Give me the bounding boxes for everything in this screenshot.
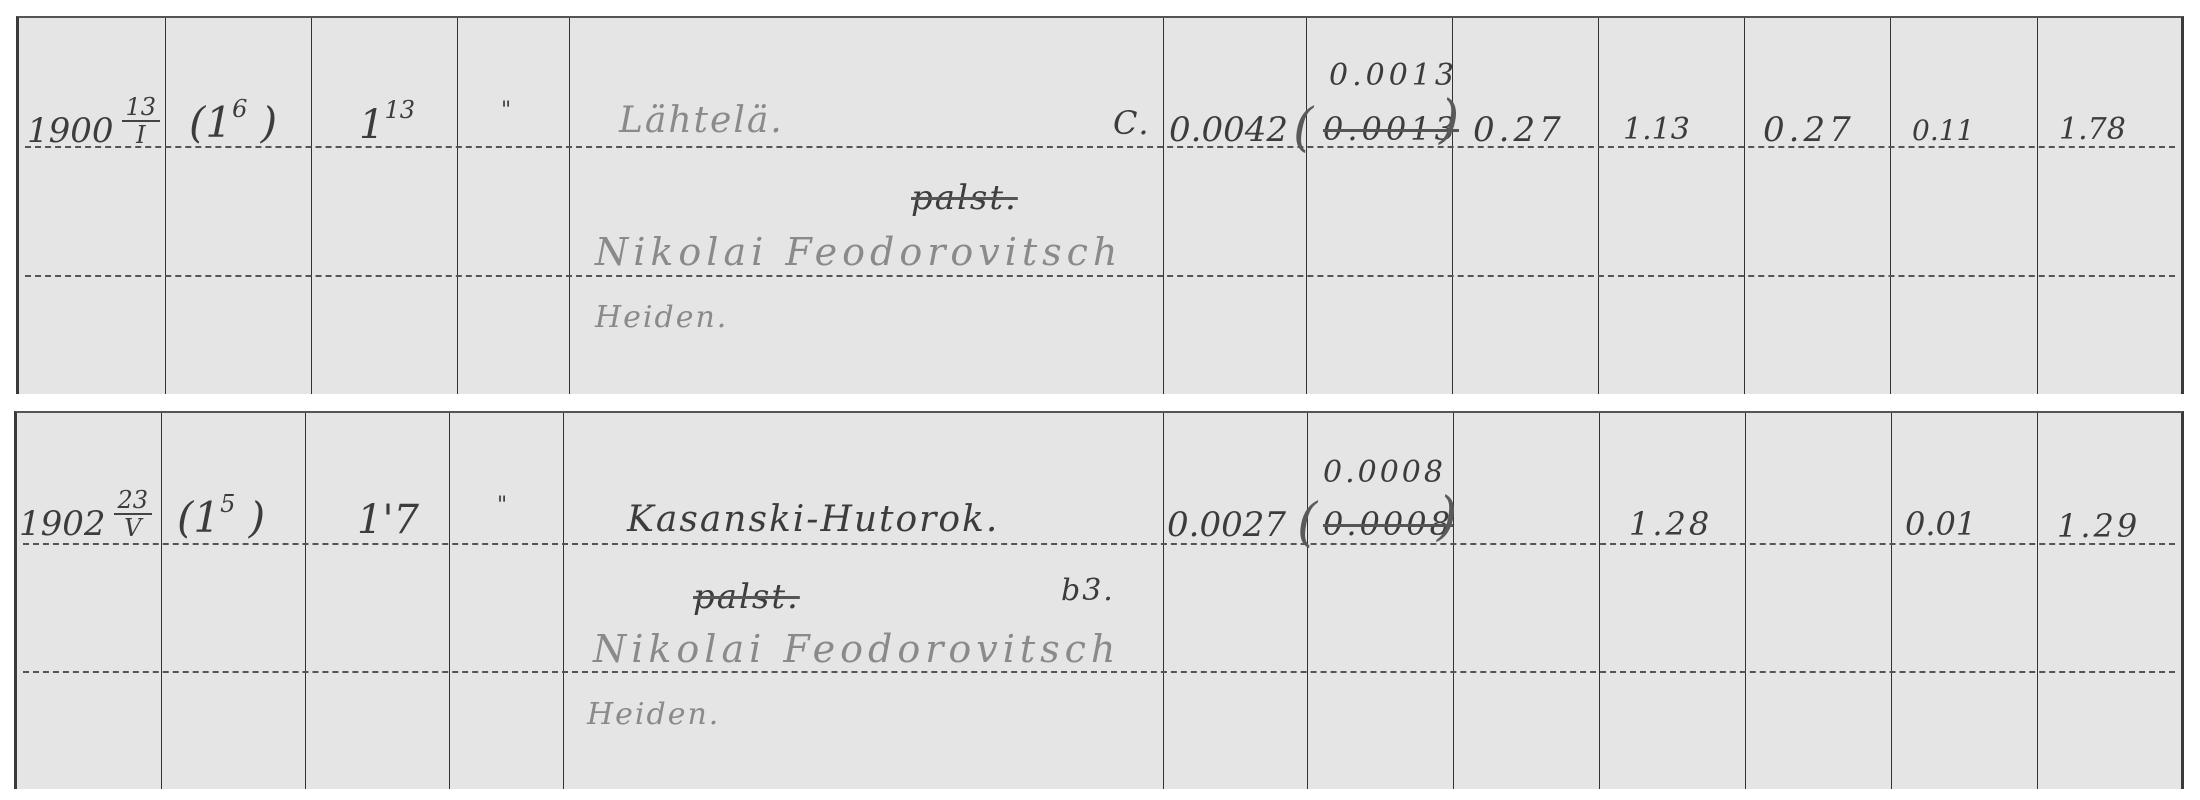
column-rule (1891, 413, 1892, 789)
date-fraction: 23V (114, 487, 153, 541)
column-rule (1598, 18, 1599, 394)
column-rule (2037, 18, 2038, 394)
close-paren: ) (1437, 487, 1457, 547)
owner-name-line1: Nikolai Feodorovitsch (595, 230, 1122, 274)
owner-name-line2: Heiden. (587, 697, 720, 732)
column-rule (1163, 18, 1164, 394)
area-correction-new: 0.0013 (1329, 58, 1458, 93)
column-rule (1890, 18, 1891, 394)
column-rule (1163, 413, 1164, 789)
value-col-4: 0.11 (1912, 114, 1974, 147)
date-day: 23 (114, 487, 153, 515)
date-year: 1900 (27, 111, 114, 151)
value-col-4: 0.01 (1905, 505, 1976, 543)
place-note: C. (1113, 104, 1151, 142)
total-value: 1.29 (2057, 507, 2140, 545)
date-day: 13 (122, 94, 161, 122)
column-rule (457, 18, 458, 394)
parcel-number-paren: (15 ) (177, 493, 265, 542)
owner-name-line1: Nikolai Feodorovitsch (593, 627, 1120, 671)
value-col-3: 0.27 (1763, 110, 1855, 150)
column-rule (161, 413, 162, 789)
column-rule (165, 18, 166, 394)
row-rule (25, 275, 2175, 277)
date-year: 1902 (19, 504, 106, 544)
parcel-number-paren: (16 ) (189, 98, 277, 147)
column-rule (1744, 18, 1745, 394)
column-rule (449, 413, 450, 789)
column-rule (1306, 18, 1307, 394)
column-rule (1307, 413, 1308, 789)
column-rule (569, 18, 570, 394)
area-value: 0.0027 (1167, 505, 1286, 545)
struck-word: palst. (693, 577, 800, 617)
ledger-entry-2: 190223V (15 ) 1'7 " Kasanski-Hutorok. pa… (14, 411, 2184, 789)
place-name: Kasanski-Hutorok. (627, 499, 999, 540)
row-rule (23, 543, 2175, 545)
parcel-number: 1'7 (357, 497, 419, 543)
total-value: 1.78 (2059, 112, 2126, 147)
entry-date: 190013I (27, 106, 160, 160)
ditto-mark: " (501, 98, 511, 123)
ledger-entry-1: 190013I (16 ) 113 " Lähtelä. C. palst. N… (16, 16, 2184, 394)
area-correction-struck: 0.0008 (1323, 505, 1453, 543)
close-paren: ) (1439, 90, 1459, 150)
column-rule (305, 413, 306, 789)
area-correction-new: 0.0008 (1323, 455, 1446, 490)
row-rule (23, 671, 2175, 673)
parcel-number: 113 (359, 102, 415, 148)
area-value: 0.0042 (1169, 110, 1288, 150)
ditto-mark: " (497, 493, 507, 518)
place-note: b3. (1061, 573, 1115, 608)
value-col-1: 0.27 (1473, 110, 1565, 150)
date-fraction: 13I (122, 94, 161, 148)
column-rule (311, 18, 312, 394)
column-rule (563, 413, 564, 789)
open-paren: ( (1293, 98, 1313, 158)
date-month: V (124, 515, 141, 541)
entry-date: 190223V (19, 499, 152, 553)
column-rule (1745, 413, 1746, 789)
place-name: Lähtelä. (619, 100, 784, 141)
column-rule (1599, 413, 1600, 789)
date-month: I (136, 122, 145, 148)
value-col-2: 1.13 (1623, 112, 1690, 147)
struck-word: palst. (911, 178, 1018, 218)
value-col-2: 1.28 (1629, 505, 1712, 543)
column-rule (1453, 413, 1454, 789)
column-rule (2037, 413, 2038, 789)
open-paren: ( (1297, 493, 1317, 553)
owner-name-line2: Heiden. (595, 300, 728, 335)
